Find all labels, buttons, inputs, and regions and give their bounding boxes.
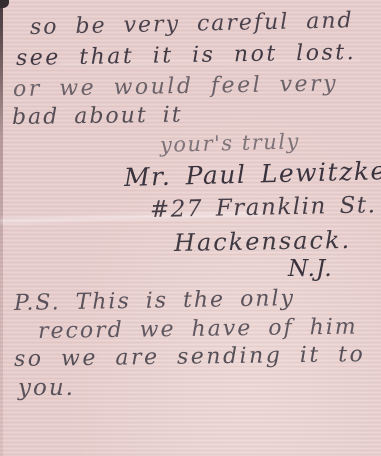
letter-page: so be very careful and see that it is no… <box>0 0 381 456</box>
letter-signature: Mr. Paul Lewitzke <box>124 156 381 192</box>
letter-closing: your's truly <box>160 129 300 157</box>
letter-line-3: or we would feel very <box>13 71 338 102</box>
letter-address-city: Hackensack. <box>174 226 352 257</box>
letter-address-state: N.J. <box>288 256 333 282</box>
left-edge-shadow <box>0 0 3 456</box>
letter-line-2: see that it is not lost. <box>16 40 357 71</box>
letter-postscript-line-1: P.S. This is the only <box>14 286 295 316</box>
letter-postscript-line-3: so we are sending it to <box>14 342 366 372</box>
letter-postscript-line-2: record we have of him <box>38 315 358 344</box>
letter-line-1: so be very careful and <box>30 8 354 40</box>
letter-line-4: bad about it <box>12 103 183 130</box>
letter-address-street: #27 Franklin St. <box>150 192 377 223</box>
top-left-corner-mark <box>0 0 9 8</box>
letter-postscript-line-4: you. <box>18 375 75 401</box>
